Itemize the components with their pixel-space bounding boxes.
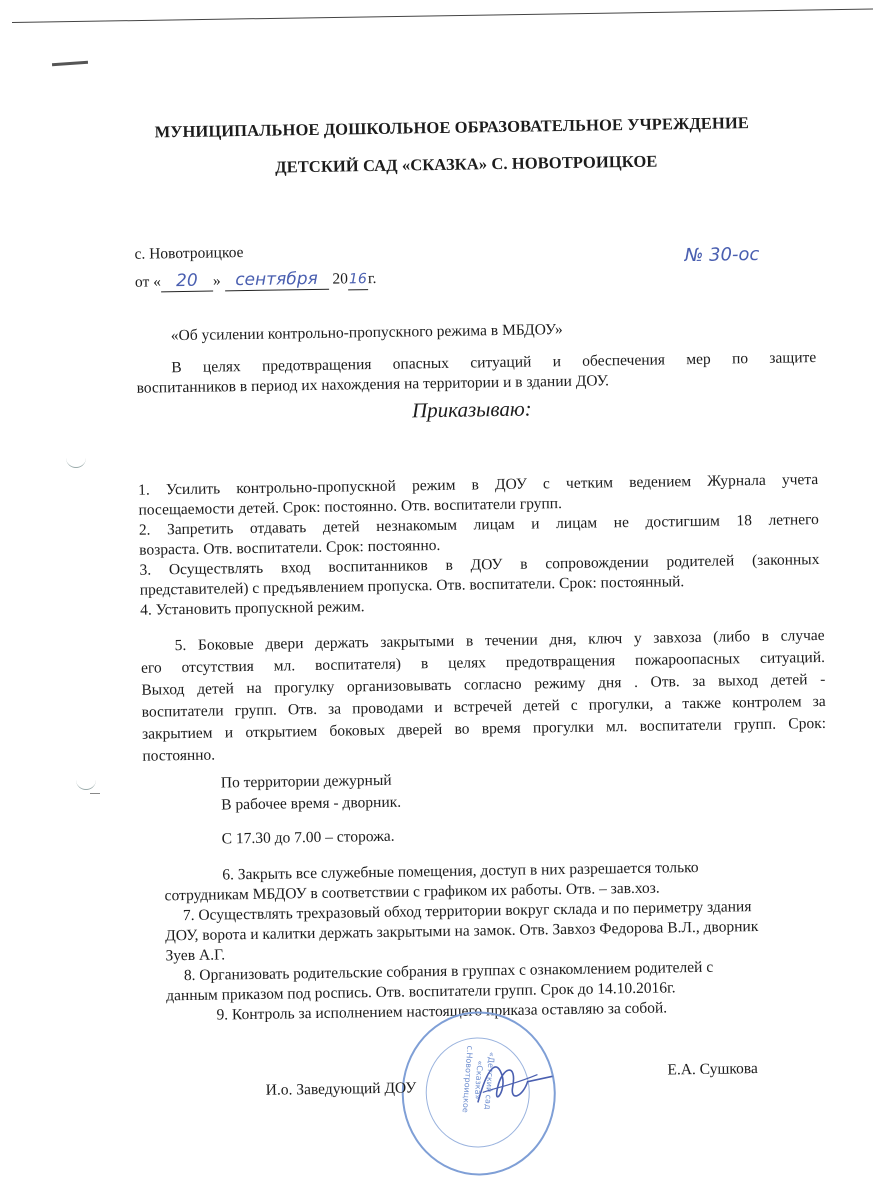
date-year-prefix: 20 xyxy=(332,270,348,287)
date-suffix: г. xyxy=(368,270,377,287)
institution-subname: ДЕТСКИЙ САД «СКАЗКА» С. НОВОТРОИЦКОЕ xyxy=(275,152,658,178)
duty-line-1: По территории дежурный xyxy=(221,771,392,793)
duty-line-2: В рабочее время - дворник. xyxy=(221,793,401,815)
signatory-position: И.о. Заведующий ДОУ xyxy=(266,1078,417,1099)
item-4: 4. Установить пропускной режим. xyxy=(140,597,365,620)
date-mid: » xyxy=(213,272,221,289)
order-number: № 30-ос xyxy=(684,245,759,265)
handwritten-signature xyxy=(467,1046,558,1117)
order-subject: «Об усилении контрольно-пропускного режи… xyxy=(171,320,563,345)
date-prefix: от « xyxy=(135,273,161,290)
place: с. Новотроицкое xyxy=(134,243,243,264)
order-date: от «20» сентября 2016г. xyxy=(135,269,377,294)
date-year-suffix: 16 xyxy=(348,270,368,290)
date-month: сентября xyxy=(224,270,328,292)
date-day: 20 xyxy=(161,272,213,293)
item-5-line-6: постоянно. xyxy=(142,746,215,766)
institution-name: МУНИЦИПАЛЬНОЕ ДОШКОЛЬНОЕ ОБРАЗОВАТЕЛЬНОЕ… xyxy=(154,113,749,142)
document-page: МУНИЦИПАЛЬНОЕ ДОШКОЛЬНОЕ ОБРАЗОВАТЕЛЬНОЕ… xyxy=(0,0,873,1200)
signatory-name: Е.А. Сушкова xyxy=(667,1059,758,1079)
item-7-line-3: Зуев А.Г. xyxy=(165,945,225,965)
duty-line-3: С 17.30 до 7.00 – сторожа. xyxy=(222,827,395,849)
order-heading: Приказываю: xyxy=(412,397,532,424)
